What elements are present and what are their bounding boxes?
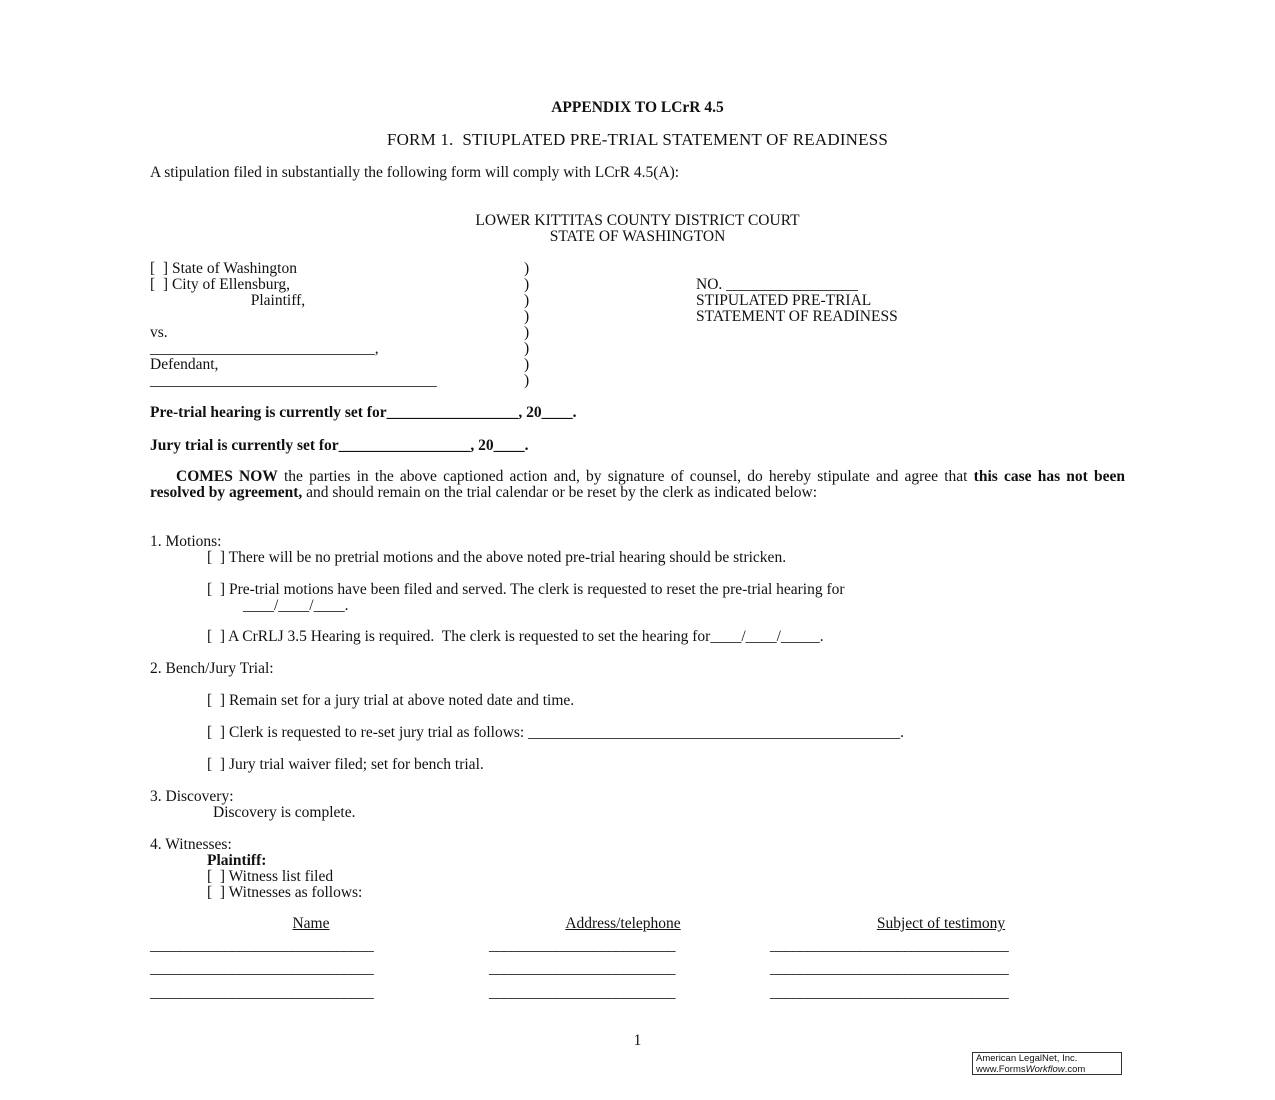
- caption-line: Defendant,: [150, 357, 218, 373]
- intro-text: A stipulation filed in substantially the…: [150, 165, 679, 181]
- publisher-url: www.FormsWorkflow.com: [976, 1065, 1118, 1076]
- court-state: STATE OF WASHINGTON: [0, 229, 1275, 245]
- motion-option-no-motions[interactable]: [ ] There will be no pretrial motions an…: [207, 550, 786, 566]
- comes-now-text2: and should remain on the trial calendar …: [302, 484, 817, 501]
- witness-address-blank[interactable]: _________________________: [489, 961, 675, 977]
- witnesses-heading: 4. Witnesses:: [150, 837, 232, 853]
- caption-line: [ ] State of Washington: [150, 261, 297, 277]
- caption-paren: ): [524, 261, 529, 277]
- column-header-address: Address/telephone: [489, 916, 757, 932]
- discovery-heading: 3. Discovery:: [150, 789, 234, 805]
- caption-paren: ): [524, 325, 529, 341]
- witness-subject-blank[interactable]: ________________________________: [770, 938, 1008, 954]
- witness-subject-blank[interactable]: ________________________________: [770, 961, 1008, 977]
- doc-title-line1: STIPULATED PRE-TRIAL: [696, 293, 871, 309]
- motions-heading: 1. Motions:: [150, 534, 221, 550]
- caption-line: [ ] City of Ellensburg,: [150, 277, 290, 293]
- trial-heading: 2. Bench/Jury Trial:: [150, 661, 274, 677]
- comes-now-paragraph: COMES NOW the parties in the above capti…: [150, 469, 1125, 501]
- jury-date-line[interactable]: Jury trial is currently set for_________…: [150, 438, 529, 454]
- witness-address-blank[interactable]: _________________________: [489, 985, 675, 1001]
- pretrial-date-line[interactable]: Pre-trial hearing is currently set for__…: [150, 405, 576, 421]
- page-number: 1: [0, 1033, 1275, 1049]
- motion-option-reset[interactable]: [ ] Pre-trial motions have been filed an…: [207, 582, 845, 598]
- publisher-stamp: American LegalNet, Inc. www.FormsWorkflo…: [972, 1052, 1122, 1075]
- defendant-name-blank[interactable]: _____________________________,: [150, 341, 379, 357]
- trial-option-reset[interactable]: [ ] Clerk is requested to re-set jury tr…: [207, 725, 904, 741]
- column-header-subject: Subject of testimony: [770, 916, 1112, 932]
- discovery-text: Discovery is complete.: [213, 805, 355, 821]
- witness-option-list-filed[interactable]: [ ] Witness list filed: [207, 869, 333, 885]
- appendix-title: APPENDIX TO LCrR 4.5: [0, 100, 1275, 116]
- column-header-name: Name: [150, 916, 472, 932]
- trial-option-remain[interactable]: [ ] Remain set for a jury trial at above…: [207, 693, 574, 709]
- caption-paren: ): [524, 341, 529, 357]
- caption-paren: ): [524, 309, 529, 325]
- url-suffix: .com: [1065, 1064, 1086, 1075]
- comes-now-lead: COMES NOW: [176, 468, 278, 485]
- form-title: FORM 1. STIUPLATED PRE-TRIAL STATEMENT O…: [0, 132, 1275, 148]
- caption-line: vs.: [150, 325, 168, 341]
- motion-reset-date-blank[interactable]: ____/____/____.: [243, 598, 349, 614]
- url-italic: Workflow: [1026, 1064, 1065, 1075]
- caption-paren: ): [524, 293, 529, 309]
- witness-name-blank[interactable]: ______________________________: [150, 985, 374, 1001]
- witness-subject-blank[interactable]: ________________________________: [770, 985, 1008, 1001]
- caption-line: Plaintiff,: [150, 293, 305, 309]
- witness-party-label: Plaintiff:: [207, 853, 266, 869]
- case-number-field[interactable]: NO. _________________: [696, 277, 858, 293]
- trial-option-bench[interactable]: [ ] Jury trial waiver filed; set for ben…: [207, 757, 484, 773]
- defendant-extra-blank[interactable]: _____________________________________: [150, 373, 437, 389]
- caption-paren: ): [524, 357, 529, 373]
- caption-paren: ): [524, 373, 529, 389]
- url-prefix: www.Forms: [976, 1064, 1026, 1075]
- witness-address-blank[interactable]: _________________________: [489, 938, 675, 954]
- witness-option-as-follows[interactable]: [ ] Witnesses as follows:: [207, 885, 362, 901]
- caption-paren: ): [524, 277, 529, 293]
- doc-title-line2: STATEMENT OF READINESS: [696, 309, 898, 325]
- court-name: LOWER KITTITAS COUNTY DISTRICT COURT: [0, 213, 1275, 229]
- motion-option-crrlj[interactable]: [ ] A CrRLJ 3.5 Hearing is required. The…: [207, 629, 824, 645]
- comes-now-text1: the parties in the above captioned actio…: [278, 468, 974, 485]
- witness-name-blank[interactable]: ______________________________: [150, 961, 374, 977]
- witness-name-blank[interactable]: ______________________________: [150, 938, 374, 954]
